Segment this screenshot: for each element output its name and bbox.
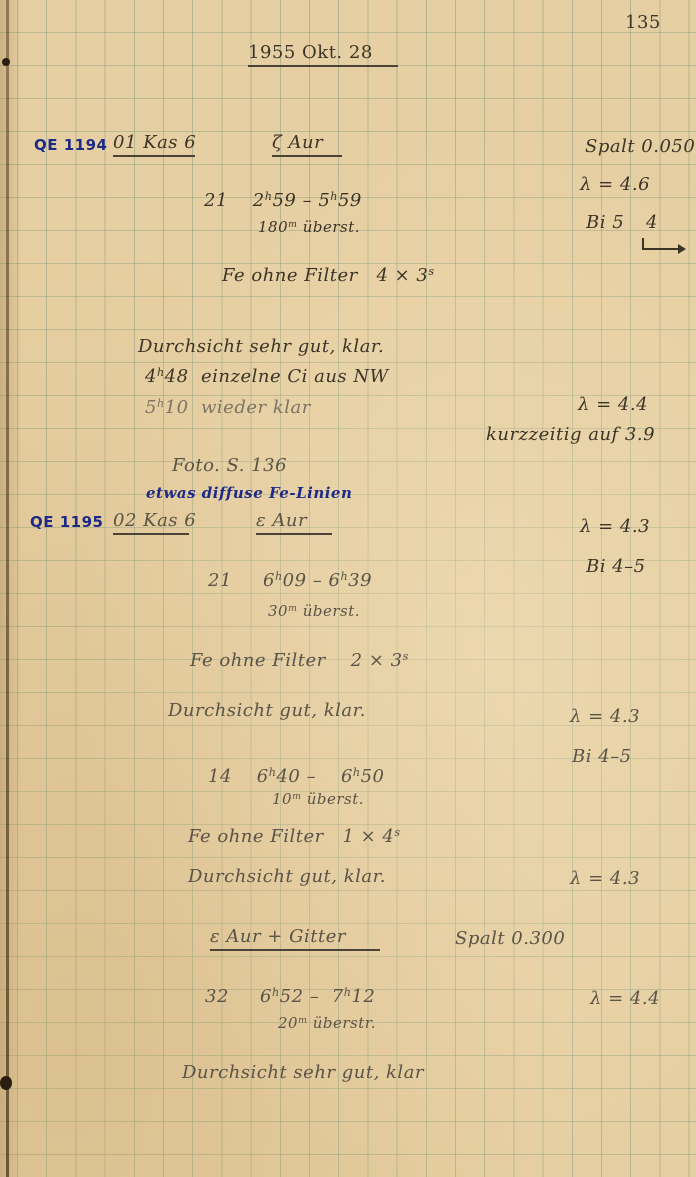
- bi-value-2: Bi 4–5: [586, 556, 646, 577]
- slit-width-3: Spalt 0.300: [455, 928, 565, 949]
- binding-hole: [2, 58, 10, 66]
- photo-reference: Foto. S. 136: [172, 455, 287, 476]
- lambda-4: λ = 4.3: [570, 706, 640, 727]
- overexposure-4: 20m überstr.: [278, 1014, 376, 1032]
- overexposure-2: 30m überst.: [268, 602, 360, 620]
- overexposure-1: 180m überst.: [258, 218, 360, 236]
- exposure-row-1: 21 2h59 – 5h59: [204, 190, 362, 211]
- seeing-note-3: Durchsicht gut, klar.: [188, 866, 386, 887]
- seeing-note-2: Durchsicht gut, klar.: [168, 700, 366, 721]
- time-dash: –: [303, 190, 313, 211]
- plate-id-1195: QE 1195: [30, 513, 103, 531]
- lambda-1: λ = 4.6: [580, 174, 650, 195]
- bi-value-3: Bi 4–5: [572, 746, 632, 767]
- slit-width-1: Spalt 0.050: [585, 136, 695, 157]
- page-number: 135: [625, 12, 661, 33]
- bi-correction-1: 4: [646, 212, 658, 233]
- cassette-1: 01 Kas 6: [113, 132, 195, 157]
- aperture-3: ε Aur + Gitter: [210, 926, 380, 951]
- lambda-2: λ = 4.4: [578, 394, 648, 415]
- notebook-binding-edge: [6, 0, 9, 1177]
- exposure-number: 21: [204, 190, 228, 211]
- fe-comparison-3: Fe ohne Filter 1 × 4s: [188, 826, 401, 847]
- page-date: 1955 Okt. 28: [248, 42, 398, 67]
- aperture-2: ε Aur: [256, 510, 332, 535]
- seeing-note-4: Durchsicht sehr gut, klar: [182, 1062, 424, 1083]
- exposure-row-4: 32 6h52 – 7h12: [205, 986, 375, 1007]
- arrow-icon: [642, 238, 682, 250]
- plate-id-1194: QE 1194: [34, 136, 107, 154]
- time-end: 5h59: [318, 190, 362, 211]
- cassette-2: 02 Kas 6: [113, 510, 189, 535]
- fe-comparison-1: Fe ohne Filter 4 × 3s: [222, 265, 435, 286]
- aperture-1: ζ Aur: [272, 132, 342, 157]
- time-start: 2h59: [253, 190, 297, 211]
- lambda-3: λ = 4.3: [580, 516, 650, 537]
- seeing-note-1: Durchsicht sehr gut, klar.: [138, 336, 384, 357]
- exposure-row-3: 14 6h40 – 6h50: [208, 766, 385, 787]
- cloud-note-1: 4h48 einzelne Ci aus NW: [145, 366, 389, 387]
- bi-value-1: Bi 5: [586, 212, 624, 233]
- exposure-row-2: 21 6h09 – 6h39: [208, 570, 372, 591]
- overexposure-3: 10m überst.: [272, 790, 364, 808]
- binding-hole: [0, 1076, 12, 1090]
- fe-comparison-2: Fe ohne Filter 2 × 3s: [190, 650, 409, 671]
- clear-again-note-1: 5h10 wieder klar: [145, 397, 311, 418]
- lambda-short-note: kurzzeitig auf 3.9: [486, 424, 655, 445]
- blue-annotation: etwas diffuse Fe-Linien: [146, 484, 352, 502]
- lambda-6: λ = 4.4: [590, 988, 660, 1009]
- lambda-5: λ = 4.3: [570, 868, 640, 889]
